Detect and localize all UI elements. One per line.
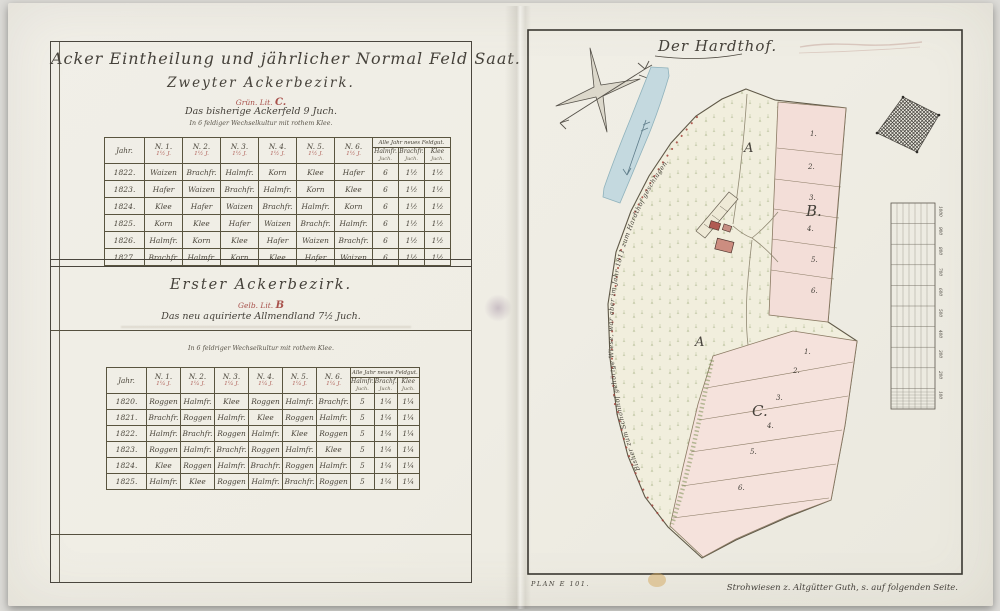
scale-tick: 900 [938,227,943,235]
crop-cell: Korn [335,198,373,215]
summary-cell: 6 [373,164,399,181]
scale-tick: 300 [938,350,943,358]
crop-cell: Brachfr. [183,164,221,181]
year-cell: 1823. [107,442,147,458]
summary-column-header: Brachf.Juch. [374,378,397,394]
section2-note: In 6 feldriger Wechselkultur mit rothem … [51,345,471,352]
crop-cell: Halmfr. [215,458,249,474]
crop-cell: Korn [145,215,183,232]
section-divider [51,259,471,267]
crop-cell: Klee [215,394,249,410]
summary-cell: 6 [373,198,399,215]
crop-cell: Halmfr. [181,442,215,458]
parcel-number: 4. [766,422,774,430]
signature-note: Strohwiesen z. Altgütter Guth, s. auf fo… [727,583,958,593]
crop-cell: Roggen [215,426,249,442]
scale-tick: 100 [938,391,943,399]
summary-group-header: Alle Jahr neues Feldgut. [373,138,451,148]
summary-cell: 5 [351,474,375,490]
crop-cell: Brachfr. [249,458,283,474]
crop-cell: Roggen [249,394,283,410]
summary-cell: 1¼ [374,410,397,426]
table-row: 1823.RoggenHalmfr.Brachfr.RoggenHalmfr.K… [107,442,420,458]
crop-cell: Brachfr. [335,232,373,249]
crop-cell: Korn [183,232,221,249]
summary-column-header: Halmfr.Juch. [351,378,375,394]
crop-cell: Halmfr. [221,164,259,181]
summary-cell: 1½ [425,198,451,215]
section2-color-ref: Gelb. Lit. B [51,300,471,311]
crop-cell: Roggen [181,410,215,426]
year-cell: 1822. [105,164,145,181]
summary-cell: 1½ [399,164,425,181]
crop-cell: Halmfr. [259,181,297,198]
parcel-number: 5. [750,448,757,456]
scale-tick: 800 [938,247,943,255]
crop-cell: Klee [145,198,183,215]
table-row: 1821.Brachfr.RoggenHalmfr.KleeRoggenHalm… [107,410,420,426]
scale-tick: 500 [938,309,943,317]
field-column-header: N. 1.1½ J. [145,138,183,164]
crop-cell: Roggen [317,426,351,442]
page-title: Acker Eintheilung und jährlicher Normal … [51,49,471,68]
crop-cell: Klee [317,442,351,458]
table-row: 1824.KleeHaferWaizenBrachfr.Halmfr.Korn6… [105,198,451,215]
crop-cell: Halmfr. [317,410,351,426]
summary-column-header: Halmfr.Juch. [373,148,399,164]
crop-cell: Klee [249,410,283,426]
section1-note: In 6 feldiger Wechselkultur mit rothem K… [51,120,471,127]
crop-cell: Halmfr. [147,426,181,442]
table-row: 1825.Halmfr.KleeRoggenHalmfr.Brachfr.Rog… [107,474,420,490]
table-row: 1822.Halmfr.Brachfr.RoggenHalmfr.KleeRog… [107,426,420,442]
scale-tick-labels: 1000 900 800 700 600 500 400 300 200 100 [938,206,943,399]
crop-cell: Halmfr. [181,394,215,410]
field-column-header: N. 2.1¼ J. [181,368,215,394]
year-cell: 1824. [105,198,145,215]
year-cell: 1821. [107,410,147,426]
left-page-frame: Acker Eintheilung und jährlicher Normal … [50,41,472,583]
summary-cell: 1½ [399,198,425,215]
scanned-plan: Acker Eintheilung und jährlicher Normal … [0,0,1000,611]
table-row: 1822.WaizenBrachfr.Halmfr.KornKleeHafer6… [105,164,451,181]
summary-column-header: Brachfr.Juch. [399,148,425,164]
rotation-table-2: Jahr. N. 1.1¼ J. N. 2.1¼ J. N. 3.1¼ J. N… [106,367,420,490]
crop-cell: Klee [181,474,215,490]
summary-cell: 5 [351,394,375,410]
section1-subtitle: Zweyter Ackerbezirk. [51,75,471,91]
section1-area-line: Das bisherige Ackerfeld 9 Juch. [51,106,471,117]
table-row: 1825.KornKleeHaferWaizenBrachfr.Halmfr.6… [105,215,451,232]
pencil-annotation [799,42,922,53]
crop-cell: Halmfr. [147,474,181,490]
summary-cell: 1¼ [397,442,419,458]
crop-cell: Hafer [335,164,373,181]
parcel-number: 2. [807,163,815,171]
parcel-number: 1. [804,348,811,356]
scale-tick: 600 [938,288,943,296]
summary-cell: 1¼ [397,394,419,410]
field-column-header: N. 5.1¼ J. [283,368,317,394]
parcel-number: 4. [806,225,814,233]
summary-cell: 1¼ [397,474,419,490]
crop-cell: Klee [221,232,259,249]
section2-area-line: Das neu aquirierte Allmendland 7½ Juch. [51,311,471,322]
crop-cell: Waizen [221,198,259,215]
summary-column-header: KleeJuch. [397,378,419,394]
region-label-a-lower: A [694,335,704,350]
map-page: Der Hardthof. [500,0,1000,611]
summary-cell: 5 [351,410,375,426]
region-label-a-upper: A [743,141,753,156]
parcel-number: 3. [776,394,783,402]
summary-cell: 1½ [425,215,451,232]
crop-cell: Brachfr. [221,181,259,198]
crop-cell: Waizen [145,164,183,181]
summary-cell: 5 [351,442,375,458]
summary-cell: 1¼ [397,410,419,426]
crop-cell: Roggen [215,474,249,490]
crop-cell: Klee [183,215,221,232]
field-column-header: N. 2.1½ J. [183,138,221,164]
crop-cell: Klee [335,181,373,198]
year-cell: 1826. [105,232,145,249]
table-row: 1824.KleeRoggenHalmfr.Brachfr.RoggenHalm… [107,458,420,474]
crop-cell: Roggen [181,458,215,474]
crop-cell: Roggen [249,442,283,458]
faded-strikethrough-line [121,326,411,328]
parcel-number: 2. [792,367,800,375]
crop-cell: Korn [259,164,297,181]
summary-cell: 1½ [425,164,451,181]
region-label-b: B. [805,202,822,220]
parcel-number: 1. [810,130,817,138]
crop-cell: Brachfr. [283,474,317,490]
summary-cell: 1½ [425,181,451,198]
crop-cell: Waizen [297,232,335,249]
field-column-header: N. 1.1¼ J. [147,368,181,394]
crop-cell: Hafer [145,181,183,198]
color-ref-letter: B [276,300,284,311]
summary-cell: 6 [373,232,399,249]
plan-number-label: PLAN E 101. [530,580,590,588]
parcel-number: 5. [811,256,818,264]
year-cell: 1823. [105,181,145,198]
crop-cell: Halmfr. [249,426,283,442]
crop-cell: Brachfr. [297,215,335,232]
crop-cell: Waizen [259,215,297,232]
field-column-header: N. 6.1½ J. [335,138,373,164]
crop-cell: Hafer [221,215,259,232]
woodlot-icon [876,96,941,154]
summary-group-header: Alle Jahr neues Feldgut. [351,368,420,378]
summary-cell: 6 [373,181,399,198]
crop-cell: Halmfr. [317,458,351,474]
year-cell: 1822. [107,426,147,442]
crop-cell: Brachfr. [181,426,215,442]
crop-cell: Halmfr. [215,410,249,426]
table-row: 1820.RoggenHalmfr.KleeRoggenHalmfr.Brach… [107,394,420,410]
table-row: 1826.Halmfr.KornKleeHaferWaizenBrachfr.6… [105,232,451,249]
section-divider [51,330,471,331]
crop-cell: Roggen [147,394,181,410]
scale-tick: 1000 [938,206,943,217]
crop-cell: Roggen [283,410,317,426]
summary-cell: 5 [351,426,375,442]
scale-tick: 700 [938,268,943,276]
year-cell: 1825. [105,215,145,232]
crop-cell: Roggen [147,442,181,458]
summary-column-header: KleeJuch. [425,148,451,164]
year-column-header: Jahr. [107,368,147,394]
crop-cell: Halmfr. [283,394,317,410]
section2-title: Erster Ackerbezirk. [51,277,471,293]
section-divider [51,534,471,535]
crop-cell: Halmfr. [249,474,283,490]
summary-cell: 1½ [399,232,425,249]
color-ref-prefix: Gelb. Lit. [238,301,273,310]
summary-cell: 1½ [425,232,451,249]
summary-cell: 1¼ [374,426,397,442]
map-title: Der Hardthof. [657,37,777,55]
crop-cell: Klee [147,458,181,474]
scale-bar: 1000 900 800 700 600 500 400 300 200 100 [891,203,943,409]
year-cell: 1824. [107,458,147,474]
crop-cell: Halmfr. [297,198,335,215]
crop-cell: Waizen [183,181,221,198]
parcel-number: 6. [811,287,818,295]
summary-cell: 1¼ [374,442,397,458]
crop-cell: Klee [297,164,335,181]
summary-cell: 1½ [399,215,425,232]
year-cell: 1820. [107,394,147,410]
parcel-number: 6. [738,484,745,492]
field-column-header: N. 3.1¼ J. [215,368,249,394]
year-column-header: Jahr. [105,138,145,164]
summary-cell: 6 [373,215,399,232]
field-column-header: N. 6.1¼ J. [317,368,351,394]
crop-cell: Brachfr. [259,198,297,215]
field-column-header: N. 5.1½ J. [297,138,335,164]
scale-tick: 200 [938,370,943,379]
scale-tick: 400 [938,329,943,338]
table-row: 1823.HaferWaizenBrachfr.Halmfr.KornKlee6… [105,181,451,198]
field-column-header: N. 4.1½ J. [259,138,297,164]
crop-cell: Brachfr. [317,394,351,410]
summary-cell: 1¼ [374,394,397,410]
crop-cell: Brachfr. [147,410,181,426]
summary-cell: 1¼ [397,426,419,442]
field-column-header: N. 3.1½ J. [221,138,259,164]
crop-cell: Hafer [183,198,221,215]
crop-cell: Halmfr. [145,232,183,249]
parcel-number: 3. [809,194,816,202]
crop-cell: Roggen [317,474,351,490]
crop-cell: Hafer [259,232,297,249]
summary-cell: 1½ [399,181,425,198]
rotation-table-1: Jahr. N. 1.1½ J. N. 2.1½ J. N. 3.1½ J. N… [104,137,451,266]
summary-cell: 1¼ [374,474,397,490]
crop-cell: Halmfr. [335,215,373,232]
crop-cell: Brachfr. [215,442,249,458]
year-cell: 1825. [107,474,147,490]
crop-cell: Roggen [283,458,317,474]
paper-stain [648,573,666,587]
crop-cell: Klee [283,426,317,442]
region-label-c: C. [752,402,768,420]
summary-cell: 1¼ [397,458,419,474]
field-column-header: N. 4.1¼ J. [249,368,283,394]
crop-cell: Korn [297,181,335,198]
crop-cell: Halmfr. [283,442,317,458]
summary-cell: 1¼ [374,458,397,474]
summary-cell: 5 [351,458,375,474]
